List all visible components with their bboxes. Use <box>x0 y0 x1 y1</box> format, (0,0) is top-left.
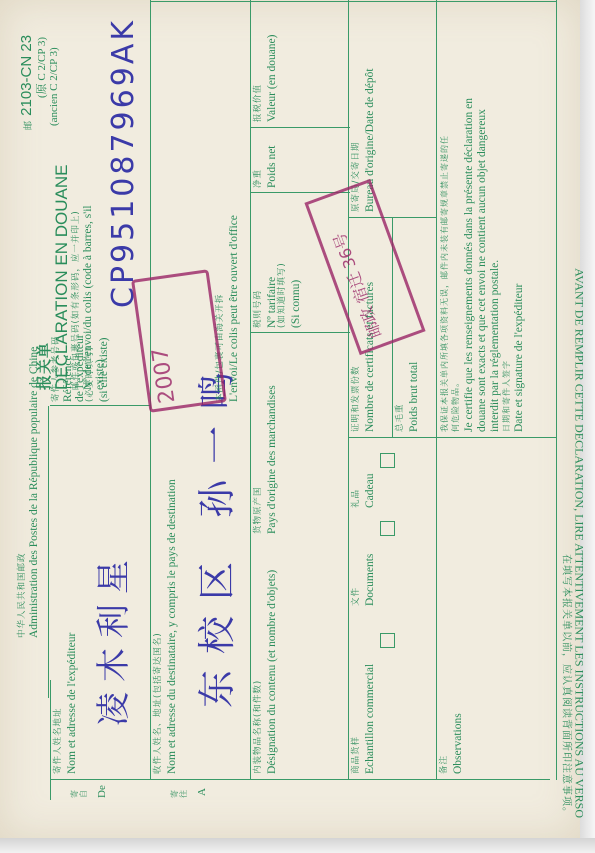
office-opening-label-fr: L'envoi/Le colis peut être ouvert d'offi… <box>228 215 241 402</box>
gift-label-fr: Cadeau <box>364 474 377 508</box>
bottom-notice-fr: AVANT DE REMPLIR CETTE DECLARATION, LIRE… <box>572 158 586 818</box>
grid-line <box>150 388 151 780</box>
bottom-notice: AVANT DE REMPLIR CETTE DECLARATION, LIRE… <box>560 158 585 818</box>
gift-label-cn: 礼品 <box>352 489 362 508</box>
recipient-label-fr: Nom et adresse du destinataire, y compri… <box>166 479 179 774</box>
recipient-prefix-cn: 寄往 <box>170 786 188 798</box>
customs-declaration-form: 邮 2103-CN 23 (原 C 2/CP 3) (ancien C 2/CP… <box>0 0 580 838</box>
recipient-label-cn: 收件人姓名、地址(包括寄达国名) <box>154 632 164 774</box>
sender-value[interactable]: 凌木利星 <box>86 550 135 726</box>
sender-label-fr: Nom et adresse de l'expéditeur <box>66 633 79 774</box>
date-stamp: 2007 <box>131 269 227 413</box>
certification-cn-2: 何危险物品。 <box>451 378 460 432</box>
form-code-old: (ancien C 2/CP 3) <box>48 47 61 126</box>
grid-line <box>48 406 49 698</box>
signature-label-cn: 日期和寄件人签字 <box>502 360 511 432</box>
scan-edge-bottom <box>0 838 595 853</box>
post-office-stamp: 邮政 宿迁 36号 <box>304 179 425 355</box>
grid-line <box>250 0 251 780</box>
net-weight-label-cn: 净重 <box>254 169 264 188</box>
certificates-label-cn: 证明和发票份数 <box>352 365 362 432</box>
form-code-cn: (原 C 2/CP 3) <box>36 37 49 98</box>
gross-weight-label-fr: Poids brut total <box>408 362 421 432</box>
grid-line <box>150 1 556 2</box>
grid-line <box>50 680 51 800</box>
contents-label-fr: Désignation du contenu (et nombre d'obje… <box>266 570 279 774</box>
date-stamp-text: 2007 <box>148 346 181 405</box>
documents-checkbox[interactable] <box>380 521 395 536</box>
certification-fr-1: Je certifie que les renseignements donné… <box>463 98 476 432</box>
recipient-prefix-fr: A <box>196 788 209 796</box>
grid-line <box>250 127 350 128</box>
sender-prefix-fr: De <box>96 785 109 798</box>
parcel-number-value[interactable]: CP951087969AK <box>106 18 141 308</box>
grid-line <box>50 779 550 780</box>
tariff-label-cn-2: (如知道时填写) <box>278 262 288 328</box>
tariff-label-cn: 税则号码 <box>254 290 264 328</box>
recipient-value[interactable]: 东校区 孙一鸣 <box>186 356 241 708</box>
grid-line <box>250 332 350 333</box>
gross-weight-label-cn: 总毛重 <box>396 403 406 432</box>
issuer-fr: Administration des Postes de la Républiq… <box>28 347 41 638</box>
reference-label-fr-3: (si elle existe) <box>98 337 111 402</box>
grid-line <box>50 405 150 406</box>
origin-label-cn: 货物原产国 <box>254 486 264 534</box>
observations-label-cn: 备注 <box>440 755 450 774</box>
form-code-value: 2103-CN 23 <box>18 35 35 116</box>
certification-cn-1: 我保证本报关单内所填各项资料无误，邮件内未装有邮寄规章禁止寄递的任 <box>440 135 449 432</box>
post-stamp-text: 邮政 宿迁 36号 <box>330 230 386 340</box>
grid-line <box>556 0 557 780</box>
grid-line <box>436 437 556 438</box>
origin-label-fr: Pays d'origine des marchandises <box>266 385 279 534</box>
certification-fr-3: interdit par la réglementation postale. <box>489 260 502 432</box>
value-label-cn: 报税价值 <box>254 84 264 122</box>
tariff-label-fr-2: (Si connu) <box>290 280 303 328</box>
sender-label-cn: 寄件人姓名地址 <box>54 707 64 774</box>
signature-label-fr: Date et signature de l'expéditeur <box>513 284 526 432</box>
certification-fr-2: douane sont exacts et que cet envoi ne c… <box>476 109 489 432</box>
documents-label-cn: 文件 <box>352 587 362 606</box>
bottom-notice-cn: 在填写本报关单以前，应认真阅读背面所印注意事项。 <box>560 158 572 818</box>
documents-label-fr: Documents <box>364 554 377 606</box>
reference-label-cn-2: (必要时填写) <box>86 346 96 402</box>
sample-checkbox[interactable] <box>380 633 395 648</box>
grid-line <box>436 0 437 780</box>
sample-label-fr: Echantillon commercial <box>364 664 377 774</box>
contents-label-cn: 内装物品名称(和件数) <box>254 680 264 774</box>
sample-label-cn: 商品货样 <box>352 736 362 774</box>
net-weight-label-fr: Poids net <box>266 146 279 189</box>
issuer-cn: 中华人民共和国邮政 <box>18 552 28 638</box>
form-code: 邮 2103-CN 23 <box>18 35 35 130</box>
gift-checkbox[interactable] <box>380 453 395 468</box>
observations-label-fr: Observations <box>452 713 465 774</box>
sender-prefix-cn: 寄自 <box>70 786 88 798</box>
reference-label-cn: 寄件人参考号码 <box>52 335 62 402</box>
form-code-prefix: 邮 <box>24 120 34 130</box>
value-label-fr: Valeur (en douane) <box>266 35 279 123</box>
grid-line <box>348 0 349 780</box>
